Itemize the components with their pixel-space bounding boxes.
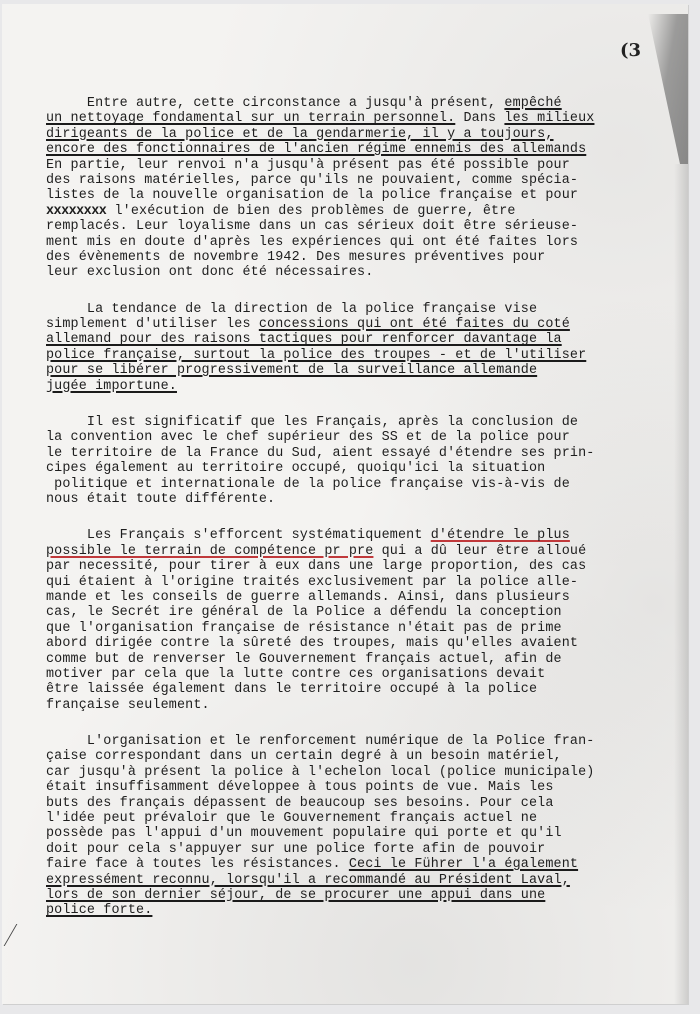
text-line: un nettoyage fondamental sur un terrain … <box>46 111 696 126</box>
margin-pencil-mark <box>4 924 28 946</box>
text-line: La tendance de la direction de la police… <box>46 302 696 317</box>
paragraph: La tendance de la direction de la police… <box>46 302 696 394</box>
underlined-text: lors de son dernier séjour, de se procur… <box>46 888 545 903</box>
underlined-text: Ceci le Führer l'a également <box>349 857 578 872</box>
text-line: le territoire de la France du Sud, aient… <box>46 446 696 461</box>
text-line: remplacés. Leur loyalisme dans un cas sé… <box>46 219 696 234</box>
red-marked-text: possible le terrain de compétence pr pre <box>46 544 373 559</box>
text-line: dirigeants de la police et de la gendarm… <box>46 127 696 142</box>
text-line: listes de la nouvelle organisation de la… <box>46 188 696 203</box>
text-segment: qui a dû leur être alloué <box>373 544 586 559</box>
text-line: simplement d'utiliser les concessions qu… <box>46 317 696 332</box>
text-segment: listes de la nouvelle organisation de la… <box>46 188 578 203</box>
text-line: des raisons matérielles, parce qu'ils ne… <box>46 173 696 188</box>
text-line: abord dirigée contre la sûreté des troup… <box>46 636 696 651</box>
text-line: cipes également au territoire occupé, qu… <box>46 461 696 476</box>
text-segment: des évènements de novembre 1942. Des mes… <box>46 250 545 265</box>
text-segment: car jusqu'à présent la police à l'echelo… <box>46 765 594 780</box>
text-line: allemand pour des raisons tactiques pour… <box>46 332 696 347</box>
text-line: doit pour cela s'appuyer sur une police … <box>46 842 696 857</box>
text-line: politique et internationale de la police… <box>46 477 696 492</box>
text-segment: politique et internationale de la police… <box>46 477 570 492</box>
text-segment: L'organisation et le renforcement numéri… <box>46 734 594 749</box>
text-segment: cipes également au territoire occupé, qu… <box>46 461 545 476</box>
text-segment: possède pas l'appui d'un mouvement popul… <box>46 826 562 841</box>
text-segment: l'exécution de bien des problèmes de gue… <box>106 204 515 219</box>
text-line: était insuffisamment développee à tous p… <box>46 780 696 795</box>
underlined-text: encore des fonctionnaires de l'ancien ré… <box>46 142 586 157</box>
text-segment: le territoire de la France du Sud, aient… <box>46 446 594 461</box>
red-marked-text: d'étendre le plus <box>431 528 570 543</box>
text-line: xxxxxxxx l'exécution de bien des problèm… <box>46 204 696 219</box>
underlined-text: police forte. <box>46 903 152 918</box>
text-segment: qui étaient à l'origine traités exclusiv… <box>46 575 578 590</box>
text-line: cas, le Secrét ire général de la Police … <box>46 605 696 620</box>
text-line: jugée importune. <box>46 379 696 394</box>
text-segment: çaise correspondant dans un certain degr… <box>46 749 562 764</box>
document-body: Entre autre, cette circonstance a jusqu'… <box>46 96 696 940</box>
text-line: nous était toute différente. <box>46 492 696 507</box>
underlined-text: police française, surtout la police des … <box>46 348 586 363</box>
page-number: (3 <box>620 40 641 61</box>
text-line: l'idée peut prévaloir que le Gouvernemen… <box>46 811 696 826</box>
text-segment: motiver par cela que la lutte contre ces… <box>46 667 545 682</box>
text-line: Les Français s'efforcent systématiquemen… <box>46 528 696 543</box>
text-segment: mande et les conseils de guerre allemand… <box>46 590 570 605</box>
scanned-document-page: (3 Entre autre, cette circonstance a jus… <box>2 4 688 1004</box>
struck-out-text: xxxxxxxx <box>46 204 106 219</box>
paragraph: Entre autre, cette circonstance a jusqu'… <box>46 96 696 281</box>
text-line: En partie, leur renvoi n'a jusqu'à prése… <box>46 158 696 173</box>
text-line: possible le terrain de compétence pr pre… <box>46 544 696 559</box>
text-line: que l'organisation française de résistan… <box>46 621 696 636</box>
text-line: police française, surtout la police des … <box>46 348 696 363</box>
text-line: car jusqu'à présent la police à l'echelo… <box>46 765 696 780</box>
text-segment: ment mis en doute d'après les expérience… <box>46 235 578 250</box>
text-segment: être laissée également dans le territoir… <box>46 682 537 697</box>
text-segment: Les Français s'efforcent systématiquemen… <box>46 528 431 543</box>
text-segment: était insuffisamment développee à tous p… <box>46 780 554 795</box>
text-line: possède pas l'appui d'un mouvement popul… <box>46 826 696 841</box>
text-segment: simplement d'utiliser les <box>46 317 259 332</box>
text-line: être laissée également dans le territoir… <box>46 682 696 697</box>
text-line: qui étaient à l'origine traités exclusiv… <box>46 575 696 590</box>
underlined-text: expressément reconnu, lorsqu'il a recomm… <box>46 873 570 888</box>
text-segment: remplacés. Leur loyalisme dans un cas sé… <box>46 219 578 234</box>
text-line: ment mis en doute d'après les expérience… <box>46 235 696 250</box>
paragraph: L'organisation et le renforcement numéri… <box>46 734 696 919</box>
text-segment: cas, le Secrét ire général de la Police … <box>46 605 562 620</box>
text-line: des évènements de novembre 1942. Des mes… <box>46 250 696 265</box>
text-line: par necessité, pour tirer à eux dans une… <box>46 559 696 574</box>
underlined-text: un nettoyage fondamental sur un terrain … <box>46 111 455 126</box>
text-segment: comme but de renverser le Gouvernement f… <box>46 652 562 667</box>
paragraph: Les Français s'efforcent systématiquemen… <box>46 528 696 713</box>
text-line: comme but de renverser le Gouvernement f… <box>46 652 696 667</box>
text-line: buts des français dépassent de beaucoup … <box>46 796 696 811</box>
text-segment: La tendance de la direction de la police… <box>46 302 537 317</box>
underlined-text: pour se libérer progressivement de la su… <box>46 363 537 378</box>
text-line: pour se libérer progressivement de la su… <box>46 363 696 378</box>
underlined-text: concessions qui ont été faites du coté <box>259 317 570 332</box>
paragraph: Il est significatif que les Français, ap… <box>46 415 696 507</box>
text-line: leur exclusion ont donc été nécessaires. <box>46 265 696 280</box>
text-segment: que l'organisation française de résistan… <box>46 621 562 636</box>
text-segment: la convention avec le chef supérieur des… <box>46 430 570 445</box>
text-line: lors de son dernier séjour, de se procur… <box>46 888 696 903</box>
text-segment: buts des français dépassent de beaucoup … <box>46 796 554 811</box>
underlined-text: dirigeants de la police et de la gendarm… <box>46 127 554 142</box>
text-segment: abord dirigée contre la sûreté des troup… <box>46 636 578 651</box>
text-line: la convention avec le chef supérieur des… <box>46 430 696 445</box>
underlined-text: empêché <box>504 96 561 111</box>
underlined-text: les milieux <box>504 111 594 126</box>
underlined-text: allemand pour des raisons tactiques pour… <box>46 332 562 347</box>
text-segment: Dans <box>455 111 504 126</box>
text-line: française seulement. <box>46 698 696 713</box>
text-segment: des raisons matérielles, parce qu'ils ne… <box>46 173 578 188</box>
text-segment: nous était toute différente. <box>46 492 275 507</box>
text-line: L'organisation et le renforcement numéri… <box>46 734 696 749</box>
text-segment: l'idée peut prévaloir que le Gouvernemen… <box>46 811 537 826</box>
underlined-text: jugée importune. <box>46 379 177 394</box>
text-line: motiver par cela que la lutte contre ces… <box>46 667 696 682</box>
text-segment: faire face à toutes les résistances. <box>46 857 349 872</box>
text-segment: En partie, leur renvoi n'a jusqu'à prése… <box>46 158 570 173</box>
text-segment: leur exclusion ont donc été nécessaires. <box>46 265 373 280</box>
text-segment: Entre autre, cette circonstance a jusqu'… <box>46 96 504 111</box>
text-segment: doit pour cela s'appuyer sur une police … <box>46 842 545 857</box>
text-line: çaise correspondant dans un certain degr… <box>46 749 696 764</box>
text-line: Il est significatif que les Français, ap… <box>46 415 696 430</box>
text-line: Entre autre, cette circonstance a jusqu'… <box>46 96 696 111</box>
text-line: mande et les conseils de guerre allemand… <box>46 590 696 605</box>
text-line: faire face à toutes les résistances. Cec… <box>46 857 696 872</box>
text-segment: française seulement. <box>46 698 210 713</box>
text-line: encore des fonctionnaires de l'ancien ré… <box>46 142 696 157</box>
text-line: police forte. <box>46 903 696 918</box>
text-segment: par necessité, pour tirer à eux dans une… <box>46 559 586 574</box>
text-segment: Il est significatif que les Français, ap… <box>46 415 578 430</box>
text-line: expressément reconnu, lorsqu'il a recomm… <box>46 873 696 888</box>
